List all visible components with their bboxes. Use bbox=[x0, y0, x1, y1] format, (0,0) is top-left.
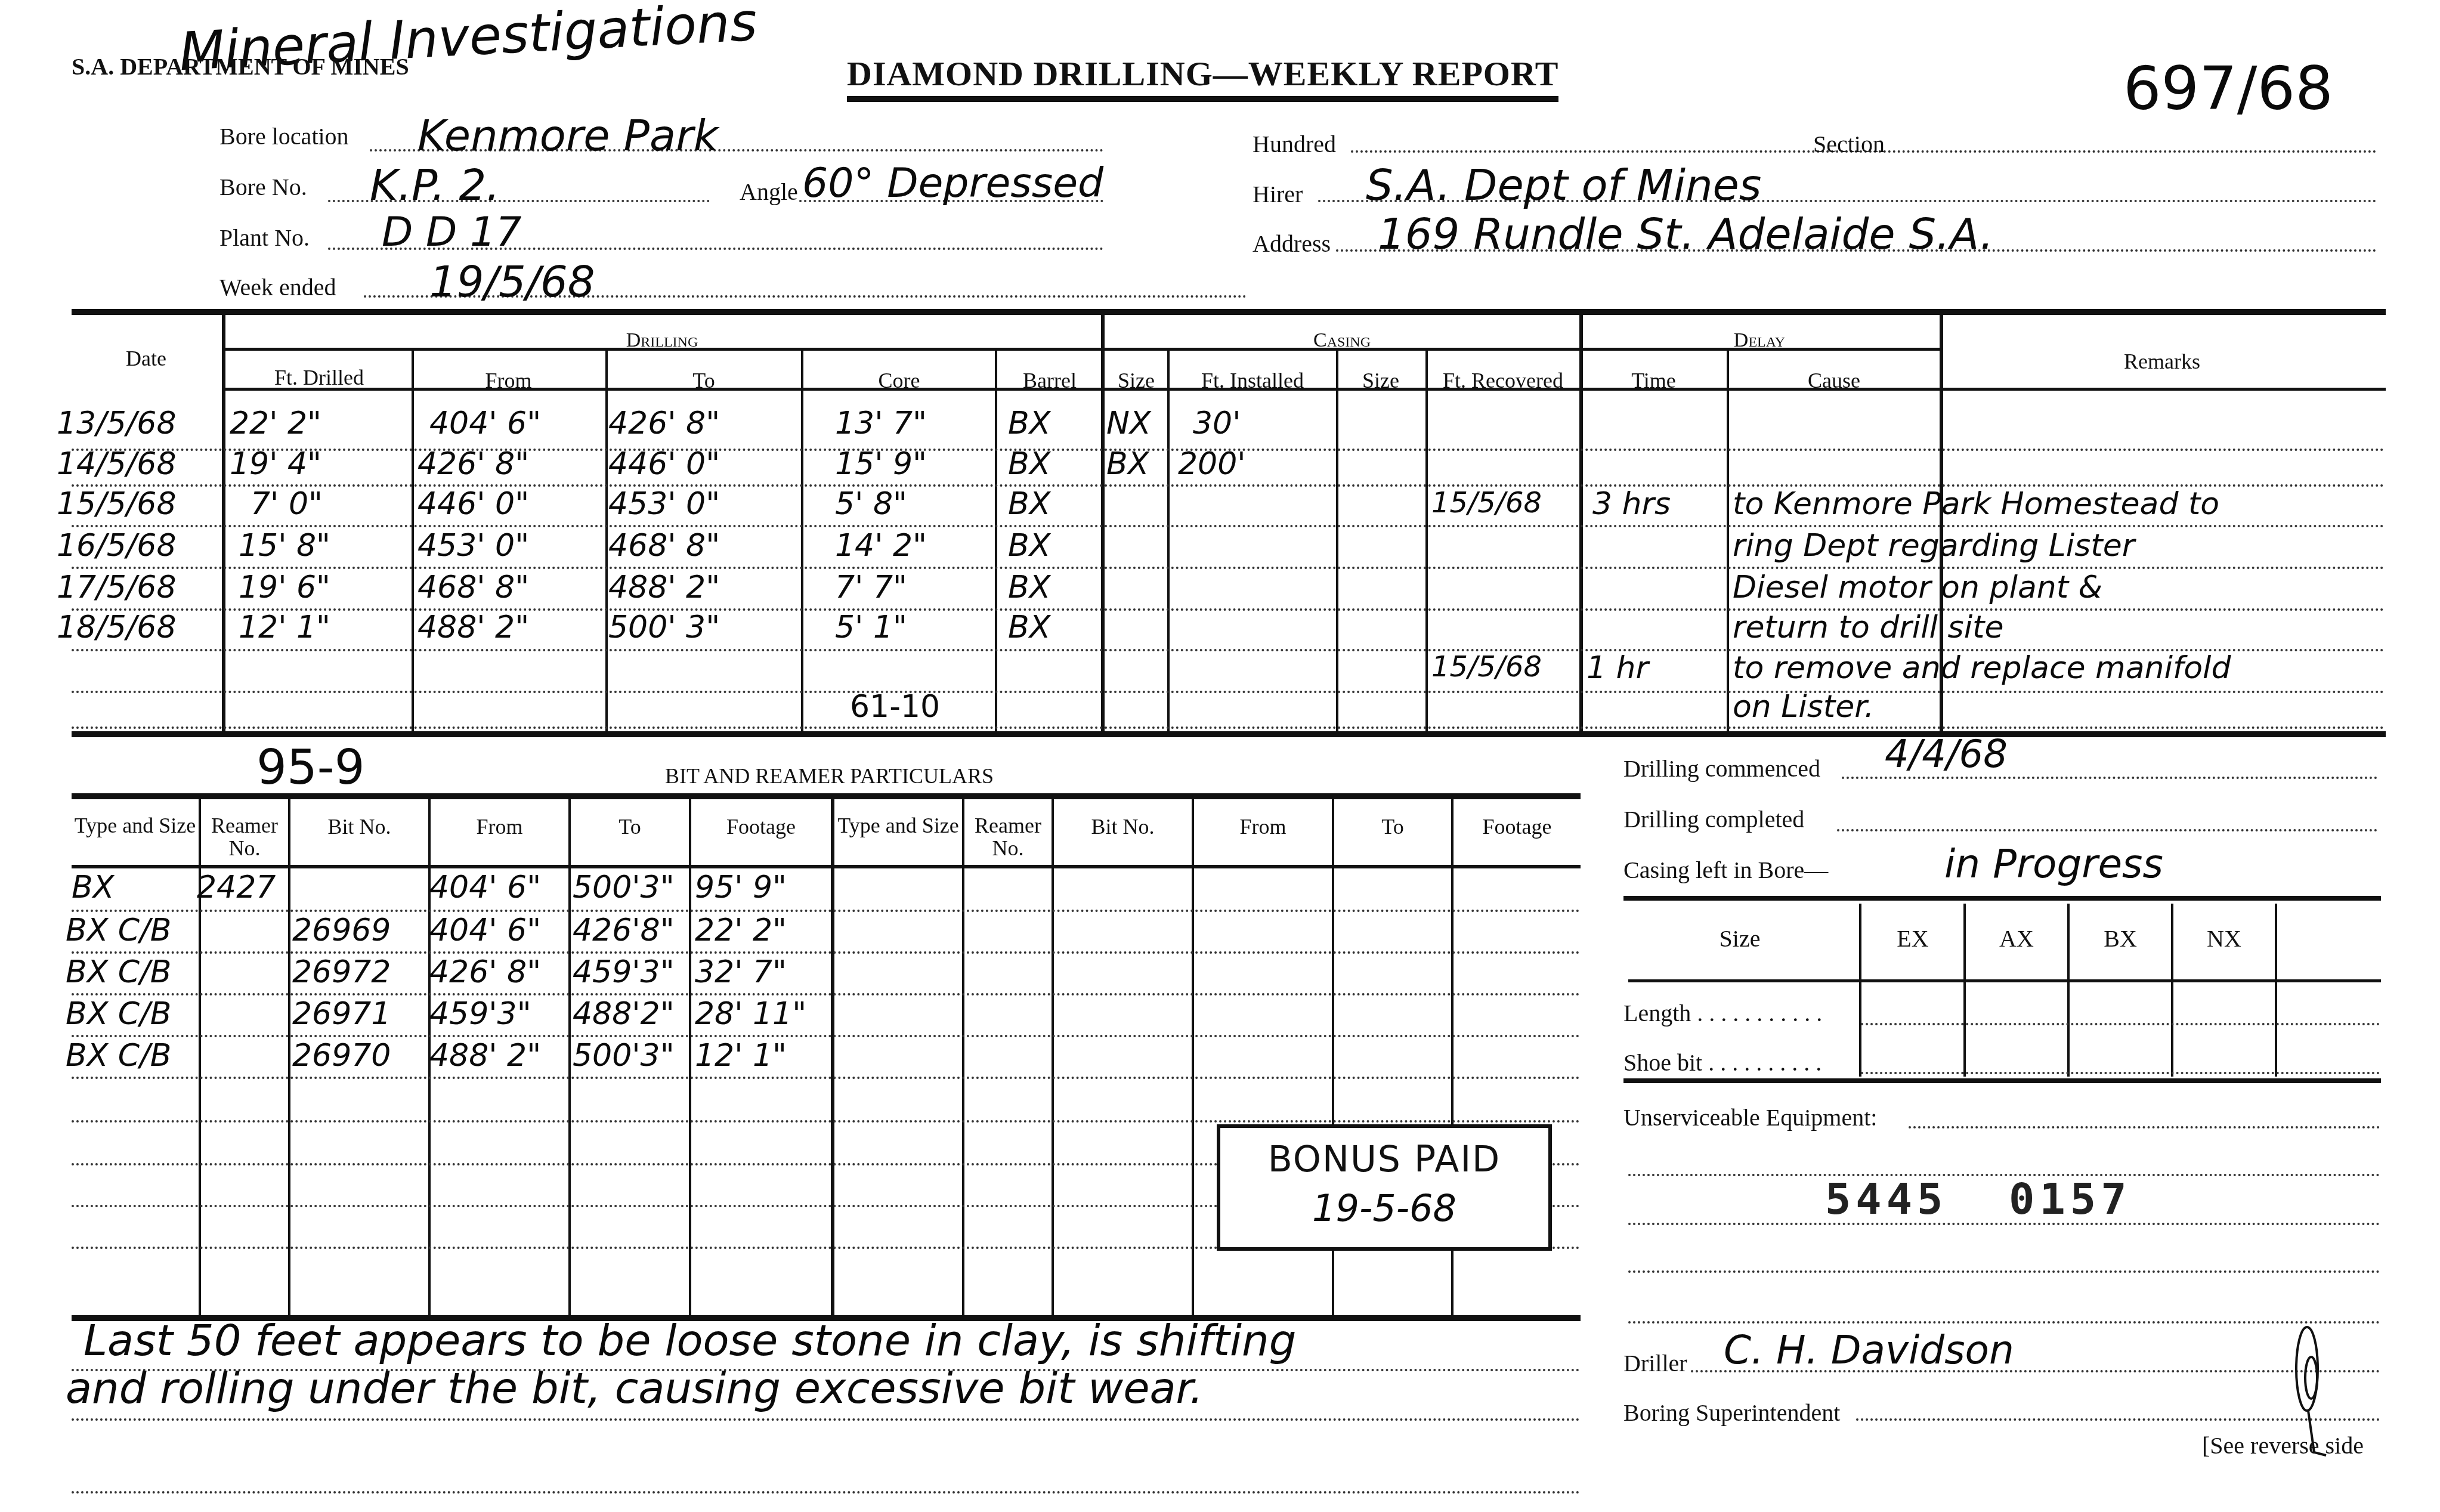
section-label: Section bbox=[1813, 130, 1885, 158]
angle-label: Angle bbox=[740, 178, 798, 206]
reference-number: 697/68 bbox=[2123, 54, 2333, 123]
cell-to: 426' 8" bbox=[608, 406, 720, 441]
drilling-commenced-label: Drilling commenced bbox=[1623, 755, 1820, 783]
bit-col-from: From bbox=[431, 814, 568, 839]
divider bbox=[831, 799, 834, 1315]
header-date: Date bbox=[72, 346, 221, 371]
col-time: Time bbox=[1581, 368, 1727, 393]
cell-core: 5' 8" bbox=[835, 486, 907, 522]
see-reverse-note: [See reverse side bbox=[2202, 1431, 2364, 1460]
cell-cause: on Lister. bbox=[1733, 689, 1874, 725]
bit-cell-footage: 32' 7" bbox=[695, 954, 787, 990]
divider bbox=[1336, 349, 1338, 732]
annotation-total-footage: 95-9 bbox=[256, 740, 365, 795]
divider bbox=[1101, 311, 1105, 732]
divider bbox=[1963, 904, 1966, 1077]
cell-core: 15' 9" bbox=[835, 446, 927, 482]
shoe-bit-line bbox=[1861, 1072, 2380, 1074]
cell-date: 16/5/68 bbox=[57, 528, 176, 564]
unserviceable-label: Unserviceable Equipment: bbox=[1623, 1103, 1877, 1131]
bit-col-type-size: Type and Size bbox=[72, 814, 199, 837]
size-ax: AX bbox=[1966, 924, 2067, 953]
cell-date: 13/5/68 bbox=[57, 406, 176, 441]
report-title: DIAMOND DRILLING—WEEKLY REPORT bbox=[847, 54, 1558, 102]
bit-col-footage: Footage bbox=[691, 814, 831, 839]
bonus-paid-stamp: BONUS PAID 19-5-68 bbox=[1217, 1124, 1552, 1251]
row-line bbox=[72, 1491, 1581, 1494]
bit-cell-bit: 26971 bbox=[292, 996, 391, 1032]
bit-cell-bit: 26969 bbox=[292, 913, 391, 948]
cell-barrel: BX bbox=[1008, 446, 1050, 482]
stamp-text: BONUS PAID bbox=[1220, 1139, 1548, 1180]
bit-cell-reamer: 2427 bbox=[197, 870, 276, 905]
bit-cell-to: 500'3" bbox=[573, 1038, 675, 1074]
hundred-label: Hundred bbox=[1253, 130, 1336, 158]
hirer-value: S.A. Dept of Mines bbox=[1366, 160, 1761, 210]
row-line bbox=[72, 726, 2386, 729]
bit-reamer-title: BIT AND REAMER PARTICULARS bbox=[665, 763, 994, 789]
col-barrel: Barrel bbox=[996, 368, 1103, 393]
col-ft-drilled: Ft. Drilled bbox=[227, 365, 412, 390]
size-header-rule bbox=[1628, 979, 2381, 982]
cell-casing-size: NX bbox=[1106, 406, 1151, 441]
col-to: To bbox=[605, 368, 802, 393]
cell-from: 404' 6" bbox=[429, 406, 541, 441]
cell-core: 13' 7" bbox=[835, 406, 927, 441]
row-line bbox=[72, 525, 2386, 527]
stamped-number: 5445 0157 bbox=[1825, 1174, 2131, 1224]
week-ended-label: Week ended bbox=[219, 273, 336, 301]
row-line bbox=[72, 993, 1581, 995]
shoe-bit-label: Shoe bit . . . . . . . . . . bbox=[1623, 1049, 1822, 1077]
address-value: 169 Rundle St. Adelaide S.A. bbox=[1378, 209, 1994, 259]
bit-col-from-2: From bbox=[1194, 814, 1332, 839]
bit-cell-to: 488'2" bbox=[573, 996, 675, 1032]
cell-barrel: BX bbox=[1008, 486, 1050, 522]
divider bbox=[1192, 799, 1194, 1315]
bit-col-footage-2: Footage bbox=[1454, 814, 1581, 839]
size-table-bottom-rule bbox=[1623, 1078, 2381, 1083]
divider bbox=[1859, 904, 1861, 1077]
cell-core: 5' 1" bbox=[835, 610, 907, 645]
cell-barrel: BX bbox=[1008, 570, 1050, 605]
cell-ft-recovered: 15/5/68 bbox=[1431, 650, 1542, 684]
col-cause: Cause bbox=[1727, 368, 1941, 393]
size-ex: EX bbox=[1862, 924, 1963, 953]
cell-ft-drilled: 15' 8" bbox=[239, 528, 330, 564]
drilling-completed-label: Drilling completed bbox=[1623, 805, 1804, 833]
address-label: Address bbox=[1253, 230, 1331, 258]
row-line bbox=[72, 691, 2386, 693]
cell-cause: to remove and replace manifold bbox=[1733, 650, 2231, 686]
bore-no-label: Bore No. bbox=[219, 173, 307, 201]
cell-ft-installed: 30' bbox=[1193, 406, 1241, 441]
divider bbox=[2171, 904, 2173, 1077]
divider bbox=[568, 799, 571, 1315]
drilling-commenced-value: 4/4/68 bbox=[1885, 732, 2008, 777]
bit-col-bit-no: Bit No. bbox=[290, 814, 428, 839]
bit-cell-bit: 26972 bbox=[292, 954, 391, 990]
cell-to: 446' 0" bbox=[608, 446, 720, 482]
header-remarks: Remarks bbox=[1941, 349, 2383, 374]
plant-no-label: Plant No. bbox=[219, 224, 310, 252]
drilling-completed-line bbox=[1837, 829, 2377, 831]
cell-from: 453' 0" bbox=[418, 528, 529, 564]
col-ft-installed: Ft. Installed bbox=[1169, 368, 1336, 393]
bit-col-to: To bbox=[571, 814, 689, 839]
bit-cell-footage: 95' 9" bbox=[695, 870, 787, 905]
size-nx: NX bbox=[2173, 924, 2275, 953]
divider bbox=[689, 799, 691, 1315]
cell-ft-installed: 200' bbox=[1178, 446, 1246, 482]
row-line bbox=[72, 951, 1581, 954]
cell-from: 446' 0" bbox=[418, 486, 529, 522]
length-label: Length . . . . . . . . . . . bbox=[1623, 999, 1822, 1027]
divider bbox=[995, 349, 997, 732]
col-casing-size: Size bbox=[1103, 368, 1169, 393]
casing-left-label: Casing left in Bore— bbox=[1623, 856, 1828, 884]
angle-value: 60° Depressed bbox=[802, 160, 1103, 207]
cell-time: 1 hr bbox=[1587, 650, 1649, 686]
col-core: Core bbox=[802, 368, 996, 393]
col-from: From bbox=[412, 368, 605, 393]
col-size-2: Size bbox=[1336, 368, 1425, 393]
cell-to: 488' 2" bbox=[608, 570, 720, 605]
bit-col-to-2: To bbox=[1334, 814, 1451, 839]
cell-core: 14' 2" bbox=[835, 528, 927, 564]
bore-no-value: K.P. 2. bbox=[370, 160, 500, 210]
notes-line-2: and rolling under the bit, causing exces… bbox=[66, 1363, 1203, 1413]
bore-location-value: Kenmore Park bbox=[418, 110, 718, 160]
bit-cell-type: BX C/B bbox=[66, 954, 171, 990]
cell-cause: Diesel motor on plant & bbox=[1733, 570, 2102, 605]
cell-cause: ring Dept regarding Lister bbox=[1733, 528, 2135, 564]
bit-cell-to: 459'3" bbox=[573, 954, 675, 990]
bore-location-label: Bore location bbox=[219, 122, 349, 150]
cell-from: 468' 8" bbox=[418, 570, 529, 605]
row-line bbox=[72, 567, 2386, 569]
divider bbox=[288, 799, 290, 1315]
driller-label: Driller bbox=[1623, 1349, 1687, 1377]
cell-core: 7' 7" bbox=[835, 570, 907, 605]
week-ended-value: 19/5/68 bbox=[429, 256, 595, 307]
bit-cell-from: 404' 6" bbox=[429, 870, 541, 905]
cell-to: 468' 8" bbox=[608, 528, 720, 564]
divider bbox=[801, 349, 803, 732]
col-ft-recovered: Ft. Recovered bbox=[1425, 368, 1581, 393]
cell-date: 17/5/68 bbox=[57, 570, 176, 605]
bit-cell-to: 426'8" bbox=[573, 913, 675, 948]
cell-date: 14/5/68 bbox=[57, 446, 176, 482]
cell-time: 3 hrs bbox=[1592, 486, 1671, 522]
stamp-date: 19-5-68 bbox=[1220, 1186, 1548, 1230]
bit-col-type-size-2: Type and Size bbox=[834, 814, 962, 837]
cell-cause: to Kenmore Park Homestead to bbox=[1733, 486, 2219, 522]
cell-ft-drilled: 19' 6" bbox=[239, 570, 330, 605]
bit-cell-from: 404' 6" bbox=[429, 913, 541, 948]
divider bbox=[1727, 349, 1729, 732]
subheader-rule bbox=[224, 348, 1941, 351]
unserviceable-line bbox=[1909, 1126, 2380, 1128]
row-line bbox=[1628, 1223, 2380, 1225]
row-line bbox=[72, 1035, 1581, 1037]
bit-col-reamer-no-2: Reamer No. bbox=[964, 814, 1052, 859]
divider bbox=[2067, 904, 2070, 1077]
row-line bbox=[72, 910, 1581, 912]
driller-signature: C. H. Davidson bbox=[1724, 1327, 2014, 1373]
notes-line-1: Last 50 feet appears to be loose stone i… bbox=[84, 1315, 1296, 1365]
cell-ft-recovered: 15/5/68 bbox=[1431, 486, 1542, 520]
bit-cell-footage: 12' 1" bbox=[695, 1038, 787, 1074]
table-bottom-rule bbox=[72, 731, 2386, 737]
bit-cell-type: BX C/B bbox=[66, 1038, 171, 1074]
cell-casing-size: BX bbox=[1106, 446, 1149, 482]
row-line bbox=[1628, 1321, 2380, 1324]
divider bbox=[412, 349, 414, 732]
cell-barrel: BX bbox=[1008, 610, 1050, 645]
row-line bbox=[1628, 1270, 2380, 1273]
divider bbox=[605, 349, 608, 732]
bit-cell-type: BX C/B bbox=[66, 913, 171, 948]
cell-core-total: 61-10 bbox=[850, 689, 940, 725]
table-top-rule bbox=[72, 309, 2386, 315]
bit-cell-from: 426' 8" bbox=[429, 954, 541, 990]
size-bx: BX bbox=[2070, 924, 2171, 953]
cell-ft-drilled: 22' 2" bbox=[230, 406, 321, 441]
row-line bbox=[72, 1418, 1581, 1421]
divider bbox=[962, 799, 964, 1315]
size-table-top-rule bbox=[1623, 896, 2381, 901]
bit-cell-bit: 26970 bbox=[292, 1038, 391, 1074]
row-line bbox=[72, 1120, 1581, 1123]
department-name: S.A. DEPARTMENT OF MINES bbox=[72, 52, 409, 81]
bit-cell-from: 459'3" bbox=[429, 996, 531, 1032]
divider bbox=[1052, 799, 1054, 1315]
row-line bbox=[72, 1077, 1581, 1079]
length-line bbox=[1861, 1023, 2380, 1025]
bit-header-rule bbox=[72, 865, 1581, 868]
bit-cell-from: 488' 2" bbox=[429, 1038, 541, 1074]
cell-barrel: BX bbox=[1008, 406, 1050, 441]
plant-no-value: D D 17 bbox=[382, 209, 521, 256]
divider bbox=[1167, 349, 1170, 732]
cell-cause: return to drill site bbox=[1733, 610, 2004, 645]
cell-to: 500' 3" bbox=[608, 610, 720, 645]
bit-table-top-rule bbox=[72, 793, 1581, 799]
bit-cell-to: 500'3" bbox=[573, 870, 675, 905]
superintendent-label: Boring Superintendent bbox=[1623, 1399, 1840, 1427]
cell-from: 488' 2" bbox=[418, 610, 529, 645]
cell-date: 15/5/68 bbox=[57, 486, 176, 522]
size-label: Size bbox=[1623, 924, 1856, 953]
casing-left-value: in Progress bbox=[1944, 841, 2163, 887]
cell-to: 453' 0" bbox=[608, 486, 720, 522]
divider bbox=[222, 311, 225, 732]
cell-from: 426' 8" bbox=[418, 446, 529, 482]
bit-col-bit-no-2: Bit No. bbox=[1054, 814, 1192, 839]
divider bbox=[1425, 349, 1428, 732]
bit-col-reamer-no: Reamer No. bbox=[201, 814, 288, 859]
bit-cell-footage: 28' 11" bbox=[695, 996, 806, 1032]
cell-barrel: BX bbox=[1008, 528, 1050, 564]
cell-ft-drilled: 7' 0" bbox=[251, 486, 323, 522]
bit-cell-type: BX bbox=[72, 870, 114, 905]
cell-date: 18/5/68 bbox=[57, 610, 176, 645]
cell-ft-drilled: 19' 4" bbox=[230, 446, 321, 482]
bit-cell-type: BX C/B bbox=[66, 996, 171, 1032]
divider bbox=[2275, 904, 2277, 1077]
divider bbox=[1579, 311, 1583, 732]
bit-cell-footage: 22' 2" bbox=[695, 913, 787, 948]
drilling-commenced-line bbox=[1842, 777, 2377, 779]
cell-ft-drilled: 12' 1" bbox=[239, 610, 330, 645]
hirer-label: Hirer bbox=[1253, 180, 1303, 208]
